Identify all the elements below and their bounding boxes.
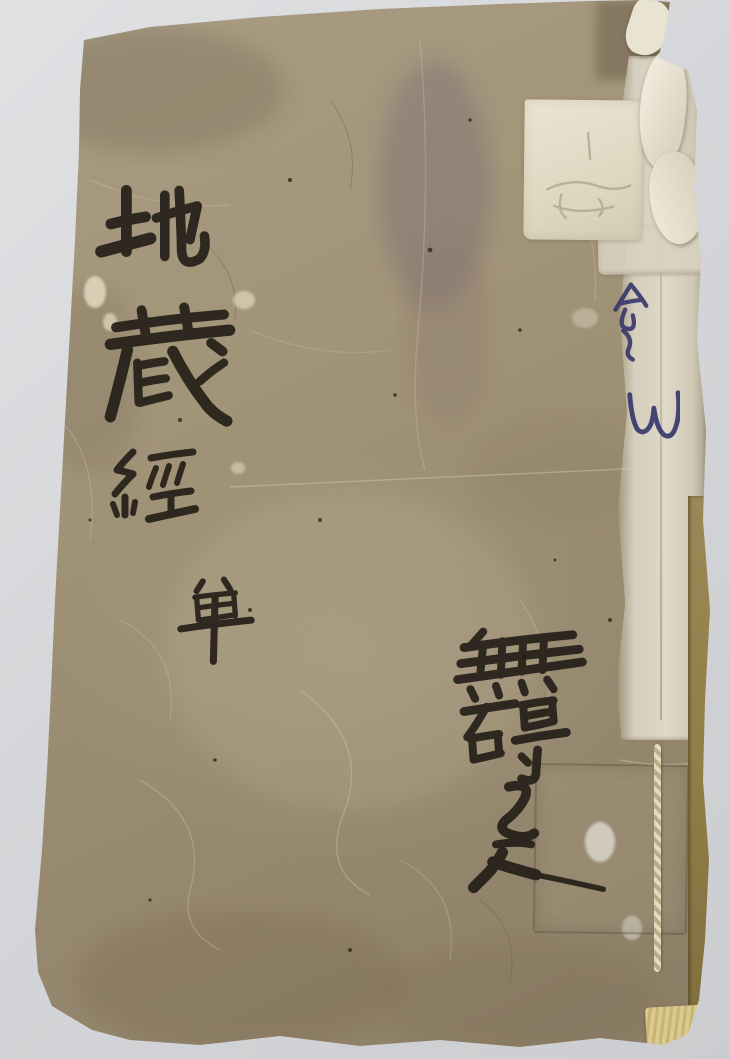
blue-ink-mark-bottom (622, 386, 680, 442)
page-fore-edge (688, 496, 714, 1048)
paper-label (523, 99, 642, 240)
signature-calligraphy: 無碍道人 (448, 622, 608, 894)
exposed-pages-corner (645, 1004, 709, 1049)
label-faint-sketch (523, 99, 642, 242)
annotation-char-dan: 單 (172, 570, 260, 672)
title-char-jing: 經 (102, 444, 204, 544)
book-cover: 地 蔵 (0, 0, 730, 1059)
binding-thread (654, 744, 661, 972)
title-char-di: 地 (86, 176, 222, 296)
photo: 地 蔵 (0, 0, 730, 1059)
title-char-zang: 蔵 (99, 298, 241, 456)
blue-ink-mark-top: 金山 (604, 280, 652, 368)
